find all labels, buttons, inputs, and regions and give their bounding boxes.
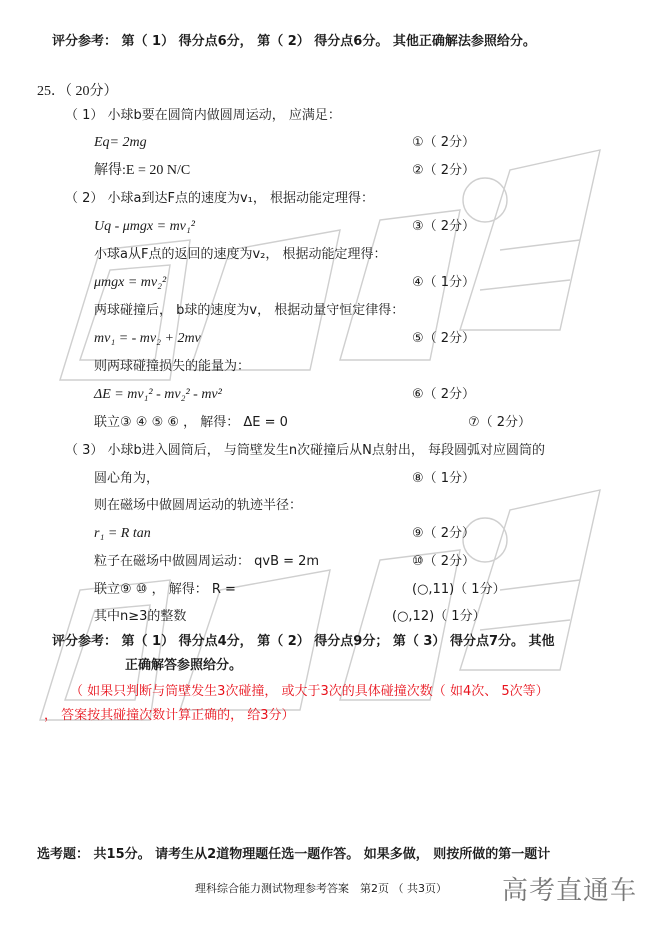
score-mark-12: (○,12)（ 1分） <box>392 608 486 626</box>
red-note-line1: （ 如果只判断与筒壁发生3次碰撞， 或大于3次的具体碰撞次数（ 如4次、 5次等… <box>70 683 549 701</box>
scoring-reference-line1: 评分参考： 第（ 1） 得分点4分， 第（ 2） 得分点9分； 第（ 3） 得分… <box>52 633 555 651</box>
header-scoring-note: 评分参考： 第（ 1） 得分点6分， 第（ 2） 得分点6分。 其他正确解法参照… <box>52 33 536 51</box>
equation-1: Eq= 2mg <box>94 134 147 152</box>
equation-7: 联立③ ④ ⑤ ⑥ ， 解得： ΔE = 0 <box>94 414 288 432</box>
part2-text-1: 小球a从F点的返回的速度为v₂， 根据动能定理得： <box>94 246 386 264</box>
scoring-reference-line2: 正确解答参照给分。 <box>125 657 242 675</box>
equation-9: r₁ = R tan <box>94 525 151 543</box>
brand-logo: 高考直通车 <box>502 870 637 907</box>
equation-3: Uq - μmgx = mv₁² <box>94 218 195 236</box>
part3-text-1: 圆心角为， <box>94 470 159 488</box>
red-note-line2: ， 答案按其碰撞次数计算正确的， 给3分） <box>44 707 295 725</box>
score-mark-5: ⑤（ 2分） <box>412 330 475 348</box>
equation-6: ΔE = mv₁² - mv₂² - mv² <box>94 386 222 404</box>
part1-intro: （ 1） 小球b要在圆筒内做圆周运动， 应满足： <box>65 107 341 125</box>
equation-10: 粒子在磁场中做圆周运动： qvB = 2m <box>94 553 319 571</box>
score-mark-1: ①（ 2分） <box>412 134 475 152</box>
score-mark-6: ⑥（ 2分） <box>412 386 475 404</box>
part3-condition: 其中n≥3的整数 <box>94 608 186 626</box>
score-mark-2: ②（ 2分） <box>412 162 475 180</box>
score-mark-3: ③（ 2分） <box>412 218 475 236</box>
score-mark-9: ⑨（ 2分） <box>412 525 475 543</box>
equation-11: 联立⑨ ⑩ ， 解得： R = <box>94 581 236 599</box>
elective-note: 选考题： 共15分。 请考生从2道物理题任选一题作答。 如果多做， 则按所做的第… <box>37 846 550 864</box>
score-mark-11: (○,11)（ 1分） <box>412 581 506 599</box>
equation-2: 解得:E = 20 N/C <box>94 162 190 180</box>
part2-text-3: 则两球碰撞损失的能量为： <box>94 358 250 376</box>
part2-intro: （ 2） 小球a到达F点的速度为v₁， 根据动能定理得： <box>65 190 374 208</box>
part2-text-2: 两球碰撞后， b球的速度为v， 根据动量守恒定律得： <box>94 302 404 320</box>
score-mark-8: ⑧（ 1分） <box>412 470 475 488</box>
equation-4: μmgx = mv₂² <box>94 274 166 292</box>
question-number: 25．（ 20分） <box>37 83 118 101</box>
part3-text-2: 则在磁场中做圆周运动的轨迹半径： <box>94 497 302 515</box>
page-footer: 理科综合能力测试物理参考答案 第2页 （ 共3页） <box>195 880 447 896</box>
equation-5: mv₁ = - mv₂ + 2mv <box>94 330 201 348</box>
score-mark-10: ⑩（ 2分） <box>412 553 475 571</box>
part3-intro: （ 3） 小球b进入圆筒后， 与筒壁发生n次碰撞后从N点射出， 每段圆弧对应圆筒… <box>65 442 545 460</box>
score-mark-7: ⑦（ 2分） <box>468 414 531 432</box>
score-mark-4: ④（ 1分） <box>412 274 475 292</box>
